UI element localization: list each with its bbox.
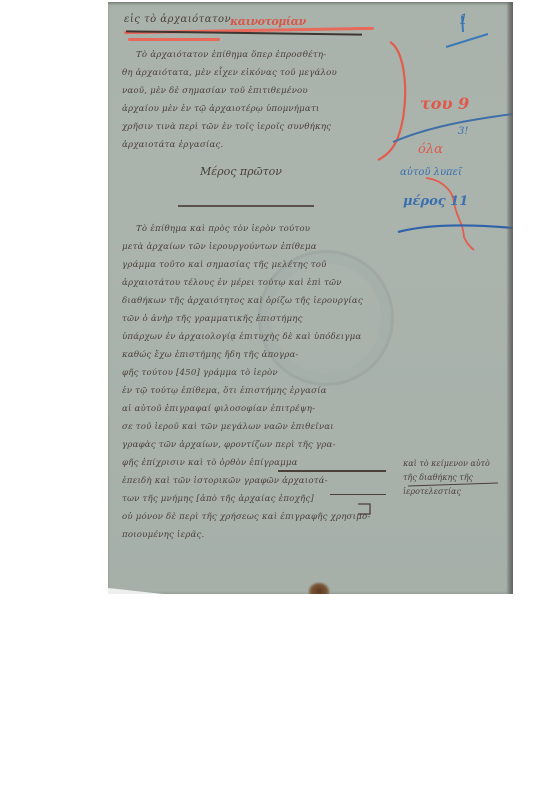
text-line: ἐπειδὴ καὶ τῶν ἱστορικῶν γραφῶν ἀρχαιοτά… [122, 472, 390, 490]
text-line: γραφὰς τῶν ἀρχαίων, φροντίζων περὶ τῆς γ… [122, 436, 390, 454]
text-line: Τὸ ἐπίθημα καὶ πρὸς τὸν ἱερὸν τούτου [122, 220, 390, 238]
margin-note-red-2: όλα [418, 142, 443, 157]
strikethrough-mark [278, 470, 386, 472]
text-line: ἀρχαιοτάτα ἐργασίας. [122, 136, 390, 154]
text-line: γράμμα τοῦτο καὶ σημασίας τῆς μελέτης το… [122, 256, 390, 274]
margin-note-line: ἱεροτελεστίας [403, 485, 490, 499]
margin-note-line: τῆς διαθήκης τῆς [403, 471, 490, 485]
text-line: ναοῦ, μὲν δὲ σημασίαν τοῦ ἐπιτιθεμένου [122, 82, 390, 100]
title-struck-text: καινοτομίαν [230, 15, 306, 28]
text-line: ἀρχαίου μὲν ἐν τῷ ἀρχαιοτέρῳ ὑπομνήματι [122, 100, 390, 118]
text-line: χρῆσιν τινὰ περὶ τῶν ἐν τοῖς ἱεροῖς συνθ… [122, 118, 390, 136]
text-line: ποιουμένης ἱερᾶς. [122, 526, 390, 544]
text-line: θη ἀρχαιότατα, μὲν εἶχεν εἰκόνας τοῦ μεγ… [122, 64, 390, 82]
margin-note-blue-3: μέρος 11 [403, 194, 468, 209]
ink-stain [308, 582, 330, 594]
margin-note-line: καὶ τὸ κείμενον αὐτὸ [403, 457, 490, 471]
paragraph-2: Τὸ ἐπίθημα καὶ πρὸς τὸν ἱερὸν τούτου μετ… [122, 220, 390, 544]
text-line: τῶν ὁ ἀνὴρ τῆς γραμματικῆς ἐπιστήμης [122, 310, 390, 328]
text-line: ἀρχαιοτάτου τέλους ἐν μέρει τούτῳ καὶ ἐπ… [122, 274, 390, 292]
margin-numeral: 1 [459, 12, 468, 28]
text-line: Τὸ ἀρχαιότατον ἐπίθημα ὅπερ ἐπροσθέτη- [122, 46, 390, 64]
margin-note-blue-2: αὐτοῦ λυπεῖ [400, 167, 462, 178]
text-line: μετὰ ἀρχαίων τῶν ἱερουργούντων ἐπίθεμα [122, 238, 390, 256]
title-red-underline-short [128, 38, 220, 41]
text-line: ἐν τῷ τούτῳ ἐπίθεμα, ὅτι ἐπιστήμης ἐργασ… [122, 382, 390, 400]
text-line: οὐ μόνον δὲ περὶ τῆς χρήσεως καὶ ἐπιγραφ… [122, 508, 390, 526]
text-line: των τῆς μνήμης [ἀπὸ τῆς ἀρχαίας ἐποχῆς] [122, 490, 390, 508]
page-title: εἰς τὸ ἀρχαιότατον [124, 14, 231, 25]
margin-note-ink: καὶ τὸ κείμενον αὐτὸ τῆς διαθήκης τῆς ἱε… [403, 457, 490, 499]
text-line: ὑπάρχων ἐν ἀρχαιολογίᾳ ἐπιτυχὴς δὲ καὶ ὑ… [122, 328, 390, 346]
heading-rule [178, 205, 314, 207]
text-line: αἱ αὐτοῦ ἐπιγραφαί φιλοσοφίαν ἐπιτρέψη- [122, 400, 390, 418]
paragraph-1: Τὸ ἀρχαιότατον ἐπίθημα ὅπερ ἐπροσθέτη- θ… [122, 46, 390, 154]
underline-mark [330, 494, 386, 495]
text-line: καθώς ἔχω ἐπιστήμης ἤδη τῆς ἀπογρα- [122, 346, 390, 364]
torn-corner [108, 588, 163, 594]
margin-note-blue-1: 3! [458, 126, 468, 137]
margin-note-red-1: του 9 [420, 94, 469, 113]
text-line: σε τοῦ ἱεροῦ καὶ τῶν μεγάλων ναῶν ἐπιθεῖ… [122, 418, 390, 436]
text-line: διαθήκων τῆς ἀρχαιότητος καὶ ὁρίζω τῆς ἱ… [122, 292, 390, 310]
section-heading: Μέρος πρῶτον [200, 165, 282, 178]
text-line: φῆς τούτου [450] γράμμα τὸ ἱερὸν [122, 364, 390, 382]
manuscript-page: εἰς τὸ ἀρχαιότατον καινοτομίαν Τὸ ἀρχαιό… [108, 2, 513, 594]
